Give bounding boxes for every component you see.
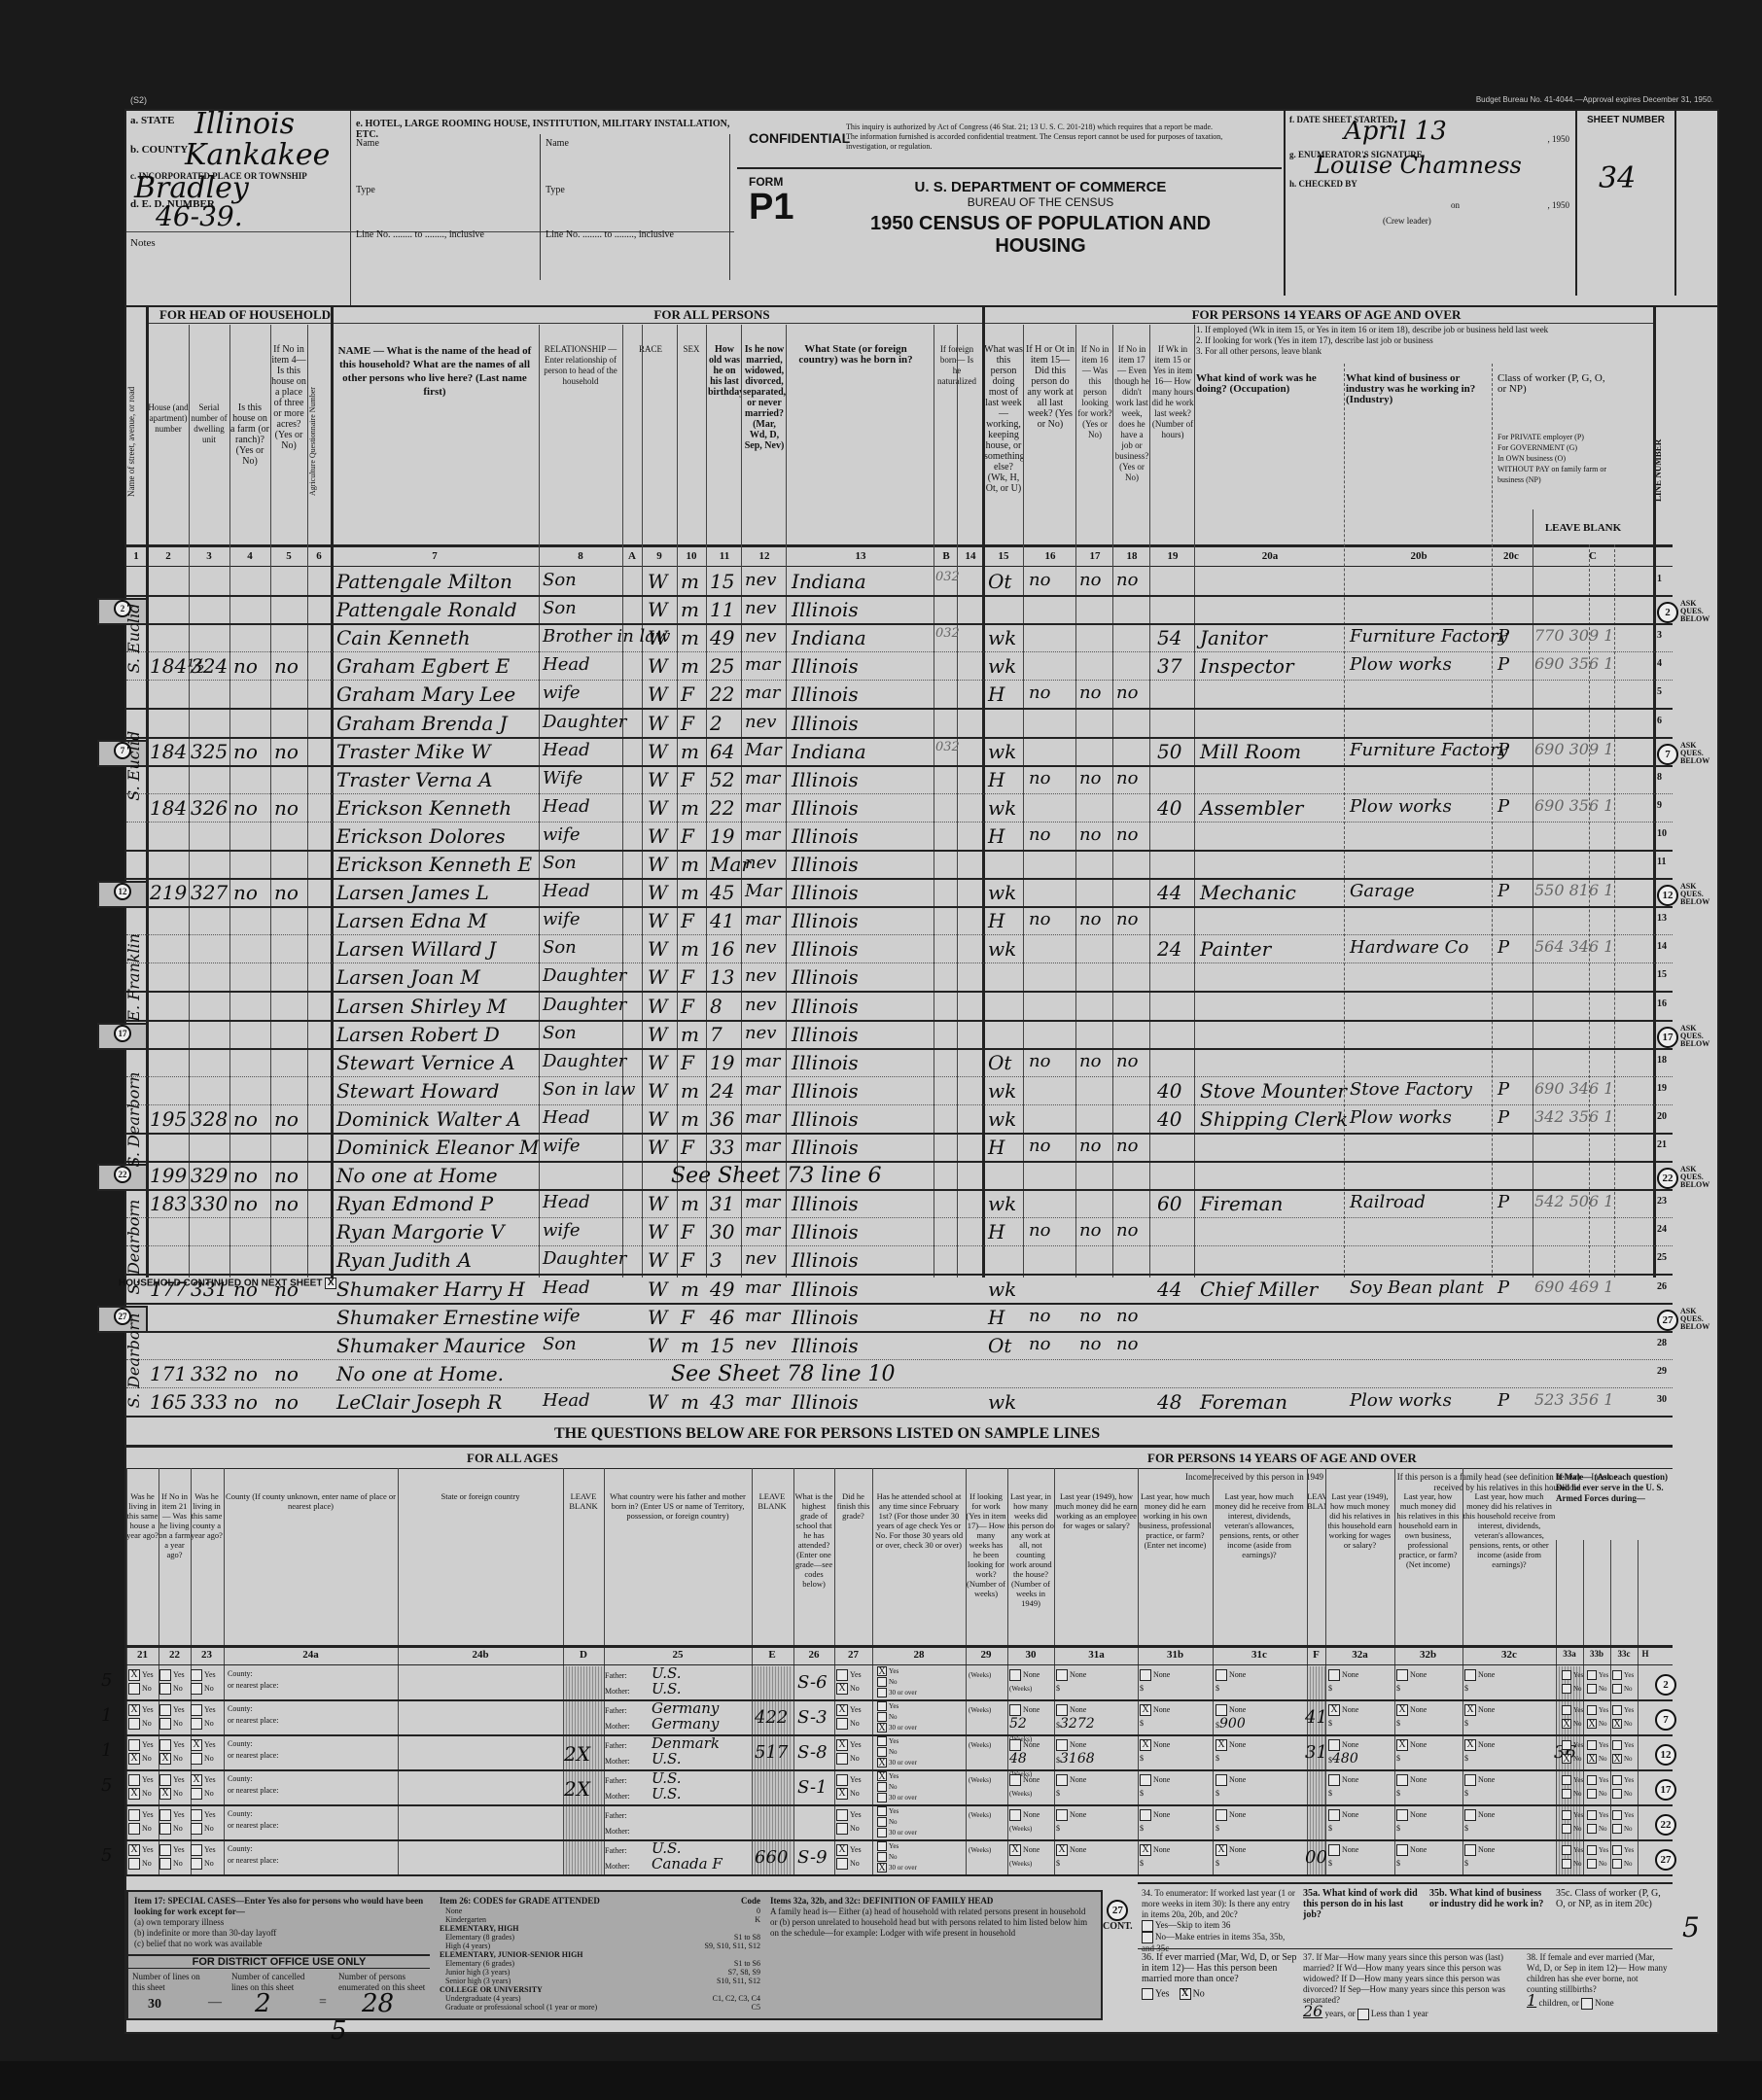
sample-F: 31	[1305, 1742, 1327, 1763]
income-q32c[interactable]: None$	[1464, 1668, 1495, 1696]
sample-row: YesNoYesNoYesNoCounty:or nearest place:F…	[126, 1806, 1673, 1841]
cell-occupation: Painter	[1200, 937, 1271, 961]
cell-serial: 326	[191, 796, 228, 820]
cell-race: W	[648, 598, 668, 621]
sample-col-num: 32c	[1462, 1649, 1556, 1661]
q23-no-checkbox[interactable]	[191, 1683, 202, 1695]
cell-birthplace: Illinois	[792, 965, 859, 989]
income-q31a[interactable]: None$	[1056, 1773, 1086, 1801]
cell-sex: m	[681, 740, 699, 763]
cell-sex: m	[681, 598, 699, 621]
line-number: 24	[1657, 1224, 1667, 1235]
sheet-number-label: SHEET NUMBER	[1587, 115, 1665, 125]
cell-acres: no	[274, 1107, 299, 1131]
cell-sex: m	[681, 570, 699, 593]
cell-marital: nev	[745, 570, 776, 590]
grade-code-row: None0	[440, 1907, 760, 1915]
cell-age: 11	[710, 598, 734, 621]
date-year: , 1950	[1548, 134, 1570, 144]
income-q32c[interactable]: None$	[1464, 1773, 1495, 1801]
budget-note: Budget Bureau No. 41-4044.—Approval expi…	[1476, 95, 1713, 104]
cell-sex: m	[681, 1079, 699, 1102]
income-q31b[interactable]: None$	[1140, 1668, 1170, 1696]
cell-age: 7	[710, 1023, 722, 1046]
q21-yes-checkbox[interactable]	[128, 1739, 140, 1751]
income-q32a[interactable]: None$	[1328, 1808, 1358, 1836]
cell-industry: Plow works	[1350, 796, 1452, 817]
cell-birthplace: Illinois	[792, 1136, 859, 1159]
cell-name: No one at Home.	[336, 1362, 504, 1385]
sample-col-num: 26	[793, 1649, 834, 1661]
form-code: (S2)	[130, 95, 147, 105]
line-number: 7	[1657, 744, 1678, 765]
income-q32a[interactable]: XNone$	[1328, 1703, 1358, 1731]
hotel-line-label-2: Line No. ........ to ........, inclusive	[546, 229, 674, 240]
cell-sex: m	[681, 1107, 699, 1131]
income-q32a[interactable]: None$	[1328, 1668, 1358, 1696]
q21-yes-checkbox[interactable]: X	[128, 1704, 140, 1716]
hotel-name-label: Name	[356, 138, 379, 149]
cell-marital: nev	[745, 853, 776, 873]
cell-marital: mar	[745, 1192, 780, 1212]
cell-sex: m	[681, 1277, 699, 1301]
grade-code-row: ELEMENTARY, HIGH	[440, 1924, 760, 1933]
q22-yes-checkbox[interactable]	[159, 1774, 171, 1786]
cell-occupation: Foreman	[1200, 1390, 1287, 1414]
finish-no-checkbox[interactable]	[836, 1858, 848, 1870]
q23-yes-checkbox[interactable]	[191, 1844, 202, 1856]
col-header-16: If H or Ot in item 15— Did this person d…	[1025, 344, 1075, 539]
q22-no-checkbox[interactable]: X	[159, 1788, 171, 1800]
cell-name: Larsen Willard J	[336, 937, 496, 961]
income-q29[interactable]: (Weeks)	[969, 1738, 991, 1752]
leave-blank-c: LEAVE BLANK	[1534, 523, 1632, 534]
cell-class: P	[1498, 1192, 1509, 1212]
cell-activity: H	[988, 1220, 1004, 1243]
cell-rel: wife	[543, 1306, 580, 1326]
school-checkboxes: XYesNo30 or over	[877, 1771, 917, 1803]
cell-sex: m	[681, 853, 699, 876]
household-continued-checkbox[interactable]: X	[325, 1277, 336, 1289]
income-q32b[interactable]: None$	[1396, 1843, 1427, 1871]
income-q31c[interactable]: XNone$	[1216, 1738, 1246, 1766]
cell-name: Erickson Dolores	[336, 824, 506, 848]
cell-activity: wk	[988, 1277, 1016, 1301]
income-q32c[interactable]: None$	[1464, 1843, 1495, 1871]
income-q29[interactable]: (Weeks)	[969, 1773, 991, 1787]
cell-q18: no	[1116, 768, 1138, 788]
cell-birthplace: Illinois	[792, 1248, 859, 1272]
income-q31a[interactable]: None$	[1056, 1808, 1086, 1836]
income-q32c[interactable]: None$	[1464, 1808, 1495, 1836]
cell-hours: 60	[1157, 1192, 1181, 1215]
income-q31c[interactable]: None$900	[1216, 1703, 1246, 1732]
cell-industry: Plow works	[1350, 1107, 1452, 1128]
income-q31b[interactable]: XNone$	[1140, 1738, 1170, 1766]
sample-col-num: 25	[604, 1649, 752, 1661]
finish-yes-checkbox[interactable]	[836, 1809, 848, 1821]
finish-yes-checkbox[interactable]	[836, 1669, 848, 1681]
county-field[interactable]: County:or nearest place:	[228, 1668, 278, 1692]
sample-col-header: Has he attended school at any time since…	[872, 1491, 966, 1637]
person-row: 177331nonoShumaker Harry HHeadWm49marIll…	[126, 1276, 1673, 1304]
person-row: 184326nonoErickson KennethHeadWm22marIll…	[126, 794, 1673, 822]
school-checkboxes: XYesNo30 or over	[877, 1666, 917, 1698]
finish-yes-checkbox[interactable]: X	[836, 1704, 848, 1716]
col-num: 5	[270, 550, 307, 562]
income-q31b[interactable]: None$	[1140, 1808, 1170, 1836]
q34-yes-checkbox[interactable]	[1142, 1920, 1153, 1932]
finish-yes-checkbox[interactable]: X	[836, 1739, 848, 1751]
hotel-block: e. HOTEL, LARGE ROOMING HOUSE, INSTITUTI…	[350, 111, 734, 296]
cell-name: Graham Brenda J	[336, 712, 508, 735]
cell-race: W	[648, 965, 668, 989]
q23-yes-checkbox[interactable]: X	[191, 1774, 202, 1786]
income-q31c[interactable]: None$	[1216, 1808, 1246, 1836]
street-name: S. Dearborn	[124, 1304, 146, 1417]
cell-name: Erickson Kenneth E	[336, 853, 532, 876]
cell-codes: 523 356 1	[1534, 1390, 1613, 1409]
income-q31b[interactable]: None$	[1140, 1773, 1170, 1801]
q21-yes-checkbox[interactable]	[128, 1774, 140, 1786]
income-q29[interactable]: (Weeks)	[969, 1843, 991, 1857]
person-row: Larsen Joan MDaughterWF13nevIllinois15	[126, 963, 1673, 992]
sample-line-number: 12	[1655, 1744, 1676, 1766]
cell-birthplace: Illinois	[792, 1277, 859, 1301]
q35c: 35c. Class of worker (P, G, O, or NP, as…	[1556, 1888, 1668, 1909]
col-header-11: How old was he on his last birthday?	[708, 344, 741, 539]
cell-class: P	[1498, 1390, 1509, 1411]
county-field[interactable]: County:or nearest place:	[228, 1703, 278, 1727]
income-q32b[interactable]: None$	[1396, 1668, 1427, 1696]
county-field[interactable]: County:or nearest place:	[228, 1738, 278, 1762]
ask-questions-below: ASK QUES. BELOW	[1680, 1166, 1709, 1189]
income-q32b[interactable]: XNone$	[1396, 1738, 1427, 1766]
cell-acres: no	[274, 1390, 299, 1414]
cell-serial: 329	[191, 1164, 228, 1187]
income-q30[interactable]: None(Weeks)	[1009, 1668, 1040, 1696]
q38-none-checkbox[interactable]	[1581, 1998, 1593, 2010]
q21-no-checkbox[interactable]: X	[128, 1753, 140, 1765]
line-number: 29	[1657, 1366, 1667, 1377]
cell-note: See Sheet 73 line 6	[671, 1164, 881, 1188]
q21-yes-checkbox[interactable]	[128, 1809, 140, 1821]
cell-activity: wk	[988, 1390, 1016, 1414]
cell-rel: Son	[543, 570, 577, 590]
cell-hours: 44	[1157, 881, 1181, 904]
income-q31b[interactable]: XNone$	[1140, 1703, 1170, 1731]
income-q31c[interactable]: None$	[1216, 1773, 1246, 1801]
finish-yes-checkbox[interactable]	[836, 1774, 848, 1786]
q22-no-checkbox[interactable]: X	[159, 1753, 171, 1765]
armed-q33b: YesXNo	[1587, 1738, 1608, 1766]
q37-less-checkbox[interactable]	[1357, 2009, 1369, 2020]
sample-col-num: 33a	[1556, 1649, 1583, 1659]
cell-age: 36	[710, 1107, 734, 1131]
sample-grade: S-1	[797, 1777, 828, 1798]
cell-sex: F	[681, 1248, 694, 1272]
cell-b: 032	[935, 626, 960, 641]
county-field[interactable]: County:or nearest place:	[228, 1808, 278, 1832]
cell-class: P	[1498, 1107, 1509, 1128]
q23-no-checkbox[interactable]	[191, 1788, 202, 1800]
cell-sex: F	[681, 1136, 694, 1159]
q21-no-checkbox[interactable]	[128, 1823, 140, 1835]
ask-questions-below: ASK QUES. BELOW	[1680, 1308, 1709, 1331]
cell-sex: m	[681, 1023, 699, 1046]
cell-birthplace: Illinois	[792, 824, 859, 848]
margin-mark: 5	[101, 1670, 112, 1691]
cell-industry: Garage	[1350, 881, 1415, 901]
finish-no-checkbox[interactable]	[836, 1823, 848, 1835]
q22-yes-checkbox[interactable]	[159, 1844, 171, 1856]
q22-no-checkbox[interactable]	[159, 1858, 171, 1870]
q36-yes-checkbox[interactable]	[1142, 1988, 1153, 2000]
cell-race: W	[648, 909, 668, 932]
col-header-19: If Wk in item 15 or Yes in item 16— How …	[1151, 344, 1194, 539]
margin-mark: 1	[101, 1740, 112, 1761]
q23-no-checkbox[interactable]	[191, 1753, 202, 1765]
cell-name: Ryan Margorie V	[336, 1220, 505, 1243]
q21-no-checkbox[interactable]	[128, 1683, 140, 1695]
cell-name: Graham Mary Lee	[336, 682, 515, 706]
cell-farm: no	[233, 1390, 258, 1414]
q23-no-checkbox[interactable]	[191, 1858, 202, 1870]
armed-q33c: YesNo	[1612, 1843, 1634, 1871]
enumerator-signature: Louise Chamness	[1315, 152, 1522, 179]
cell-q16: no	[1029, 1136, 1050, 1156]
income-q31c[interactable]: XNone$	[1216, 1843, 1246, 1871]
finish-no-checkbox[interactable]	[836, 1753, 848, 1765]
cell-rel: Son	[543, 598, 577, 618]
finish-no-checkbox[interactable]	[836, 1718, 848, 1730]
cell-sex: F	[681, 1306, 694, 1329]
cell-name: Traster Mike W	[336, 740, 491, 763]
sample-grade: S-8	[797, 1742, 828, 1763]
q23-yes-checkbox[interactable]	[191, 1809, 202, 1821]
sample-line-number: 27	[1655, 1849, 1676, 1871]
q22-no-checkbox[interactable]	[159, 1718, 171, 1730]
line-number: 3	[1657, 630, 1662, 641]
finish-no-checkbox[interactable]: X	[836, 1788, 848, 1800]
income-q29[interactable]: (Weeks)	[969, 1808, 991, 1822]
q23-no-checkbox[interactable]	[191, 1718, 202, 1730]
sample-col-num: D	[563, 1649, 604, 1661]
cell-hours: 40	[1157, 1079, 1181, 1102]
notes-label: Notes	[130, 237, 156, 249]
cell-activity: H	[988, 1136, 1004, 1159]
income-q32b[interactable]: None$	[1396, 1773, 1427, 1801]
line-number: 18	[1657, 1055, 1667, 1066]
person-row: 195328nonoDominick Walter AHeadWm36marIl…	[126, 1105, 1673, 1134]
cell-race: W	[648, 740, 668, 763]
income-q31a[interactable]: None$3168	[1056, 1738, 1095, 1767]
cell-farm: no	[233, 796, 258, 820]
cell-q18: no	[1116, 824, 1138, 845]
sample-col-header: County (If county unknown, enter name of…	[224, 1491, 398, 1637]
q22-no-checkbox[interactable]	[159, 1683, 171, 1695]
col-num: 4	[229, 550, 270, 562]
sheet-number-block: SHEET NUMBER 34	[1575, 111, 1676, 296]
cell-occupation: Inspector	[1200, 654, 1294, 678]
county-field[interactable]: County:or nearest place:	[228, 1843, 278, 1867]
hotel-type-label-2: Type	[546, 185, 565, 195]
bureau-name: BUREAU OF THE CENSUS	[827, 195, 1254, 209]
income-q32b[interactable]: XNone$	[1396, 1703, 1427, 1731]
income-q31c[interactable]: None$	[1216, 1668, 1246, 1696]
col-num: 10	[677, 550, 706, 562]
cell-farm: no	[233, 654, 258, 678]
cell-rel: wife	[543, 824, 580, 845]
q22-yes-checkbox[interactable]	[159, 1809, 171, 1821]
income-q30[interactable]: XNone(Weeks)	[1009, 1843, 1040, 1871]
cell-name: Larsen James L	[336, 881, 489, 904]
person-row: Pattengale RonaldSonWm11nevIllinois2ASK …	[126, 596, 1673, 624]
sample-row: YesXNoYesXNoXYesNoCounty:or nearest plac…	[126, 1736, 1673, 1771]
income-q30[interactable]: None(Weeks)	[1009, 1808, 1040, 1836]
cell-occupation: Fireman	[1200, 1192, 1283, 1215]
income-q32c[interactable]: XNone$	[1464, 1703, 1495, 1731]
sample-mother: U.S.	[652, 1785, 682, 1802]
armed-q33c: YesNo	[1612, 1773, 1634, 1801]
school-checkboxes: YesNo30 or over	[877, 1806, 917, 1838]
q23-yes-checkbox[interactable]	[191, 1669, 202, 1681]
census-sheet: (S2) Budget Bureau No. 41-4044.—Approval…	[124, 109, 1719, 2034]
cell-birthplace: Indiana	[792, 626, 866, 649]
cell-q18: no	[1116, 1306, 1138, 1326]
col-num: 13	[788, 550, 934, 562]
cell-sex: m	[681, 654, 699, 678]
q22-no-checkbox[interactable]	[159, 1823, 171, 1835]
income-q31a[interactable]: XNone$	[1056, 1843, 1086, 1871]
income-q29[interactable]: (Weeks)	[969, 1668, 991, 1682]
cell-acres: no	[274, 881, 299, 904]
col-num: 15	[984, 550, 1023, 562]
person-row: Shumaker MauriceSonWm15nevIllinoisOtnono…	[126, 1332, 1673, 1360]
income-q31b[interactable]: XNone$	[1140, 1843, 1170, 1871]
q22-yes-checkbox[interactable]	[159, 1669, 171, 1681]
q23-yes-checkbox[interactable]: X	[191, 1739, 202, 1751]
county-field[interactable]: County:or nearest place:	[228, 1773, 278, 1797]
cell-marital: mar	[745, 1136, 780, 1156]
census-title: 1950 CENSUS OF POPULATION AND HOUSING	[827, 213, 1254, 258]
q21-no-checkbox[interactable]: X	[128, 1788, 140, 1800]
cell-b: 032	[935, 570, 960, 584]
cell-race: W	[648, 1390, 668, 1414]
cell-acres: no	[274, 1164, 299, 1187]
enumerated-value: 28	[362, 1989, 394, 2018]
cancelled-value: 2	[255, 1989, 271, 2018]
q21-no-checkbox[interactable]	[128, 1718, 140, 1730]
finish-yes-checkbox[interactable]: X	[836, 1844, 848, 1856]
col-num: 12	[743, 550, 786, 562]
date-block: f. DATE SHEET STARTED April 13 , 1950 g.…	[1284, 111, 1577, 296]
cell-race: W	[648, 796, 668, 820]
col-num: 2	[148, 550, 189, 562]
cell-serial: 333	[191, 1390, 228, 1414]
cell-activity: Ot	[988, 1334, 1011, 1357]
q21-yes-checkbox[interactable]: X	[128, 1669, 140, 1681]
cell-name: Graham Egbert E	[336, 654, 510, 678]
line-number: 20	[1657, 1111, 1667, 1122]
line-number: 21	[1657, 1139, 1667, 1150]
lines-value: 30	[148, 1997, 161, 2012]
line-number: 5	[1657, 686, 1662, 697]
cell-house: 184	[150, 796, 187, 820]
armed-q33c: YesNo	[1612, 1668, 1634, 1696]
income-q31a[interactable]: None$3272	[1056, 1703, 1095, 1732]
cell-serial: 325	[191, 740, 228, 763]
ask-questions-below: ASK QUES. BELOW	[1680, 742, 1709, 765]
income-q32b[interactable]: None$	[1396, 1808, 1427, 1836]
col-num: C	[1533, 550, 1653, 562]
q35a: 35a. What kind of work did this person d…	[1303, 1888, 1420, 1920]
income-q32a[interactable]: None$480	[1328, 1738, 1358, 1767]
q23-yes-checkbox[interactable]	[191, 1704, 202, 1716]
grade-code-row: Graduate or professional school (1 year …	[440, 2003, 760, 2012]
line-number: 14	[1657, 941, 1667, 952]
cell-occupation: Mechanic	[1200, 881, 1296, 904]
q22-yes-checkbox[interactable]	[159, 1704, 171, 1716]
cell-age: 52	[710, 768, 734, 791]
finish-no-checkbox[interactable]: X	[836, 1683, 848, 1695]
q34: 34. To enumerator: If worked last year (…	[1142, 1888, 1297, 1954]
income-q32a[interactable]: None$	[1328, 1773, 1358, 1801]
line-number: 22	[1657, 1168, 1678, 1189]
hotel-name-label-2: Name	[546, 138, 569, 149]
sample-col-header: Did he finish this grade?	[834, 1491, 872, 1637]
income-q32a[interactable]: None$	[1328, 1843, 1358, 1871]
cell-race: W	[648, 1023, 668, 1046]
col-header-3: Serial number of dwelling unit	[189, 402, 229, 539]
cell-birthplace: Illinois	[792, 995, 859, 1018]
cell-rel: Head	[543, 796, 590, 817]
grade-code-row: High (4 years)S9, S10, S11, S12	[440, 1942, 760, 1950]
cell-age: 43	[710, 1390, 734, 1414]
cell-q17: no	[1079, 909, 1101, 929]
cell-codes: 690 469 1	[1534, 1277, 1613, 1296]
income-q32c[interactable]: XNone$	[1464, 1738, 1495, 1766]
income-q29[interactable]: (Weeks)	[969, 1703, 991, 1717]
cell-codes: 564 346 1	[1534, 937, 1613, 956]
cell-race: W	[648, 1136, 668, 1159]
cell-rel: wife	[543, 909, 580, 929]
grade-code-row: ELEMENTARY, JUNIOR-SENIOR HIGH	[440, 1950, 760, 1959]
person-row: Graham Mary LeewifeWF22marIllinoisHnonon…	[126, 681, 1673, 709]
q22-yes-checkbox[interactable]	[159, 1739, 171, 1751]
income-q31a[interactable]: None$	[1056, 1668, 1086, 1696]
cell-race: W	[648, 937, 668, 961]
sample-line-number: 22	[1655, 1814, 1676, 1836]
sample-col-header: LEAVE BLANK	[563, 1491, 604, 1637]
q21-yes-checkbox[interactable]: X	[128, 1844, 140, 1856]
dept-name: U. S. DEPARTMENT OF COMMERCE	[827, 179, 1254, 195]
grade-code-row: COLLEGE OR UNIVERSITY	[440, 1985, 760, 1994]
grade-code-row: Elementary (8 grades)S1 to S8	[440, 1933, 760, 1942]
q36-no-checkbox[interactable]: X	[1180, 1988, 1191, 2000]
cell-sex: m	[681, 626, 699, 649]
cell-activity: wk	[988, 881, 1016, 904]
col-header-13: What State (or foreign country) was he b…	[788, 344, 924, 539]
q23-no-checkbox[interactable]	[191, 1823, 202, 1835]
q34-no-checkbox[interactable]	[1142, 1932, 1153, 1943]
cell-class: P	[1498, 740, 1509, 760]
cell-age: 33	[710, 1136, 734, 1159]
income-q30[interactable]: None(Weeks)	[1009, 1773, 1040, 1801]
cell-race: W	[648, 1277, 668, 1301]
q21-no-checkbox[interactable]	[128, 1858, 140, 1870]
margin-mark: 5	[101, 1845, 112, 1866]
